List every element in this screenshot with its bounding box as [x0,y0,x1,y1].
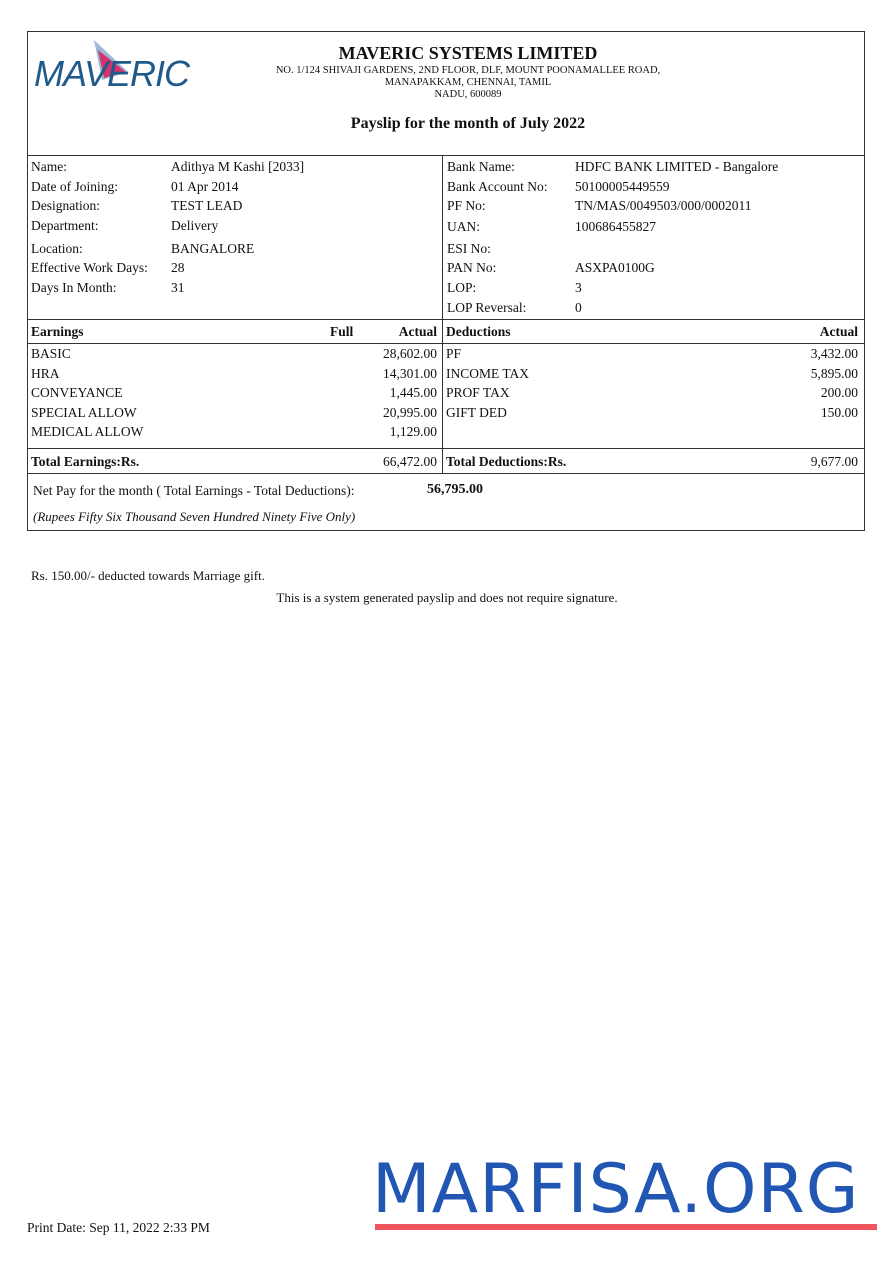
payslip: MAVERIC MAVERIC SYSTEMS LIMITED NO. 1/12… [27,31,865,531]
watermark: MARFISA.ORG [372,1158,882,1236]
employee-details: Name:Adithya M Kashi [2033] Date of Join… [28,156,443,320]
table-row: MEDICAL ALLOW1,129.00 [28,422,442,442]
company-address: NO. 1/124 SHIVAJI GARDENS, 2ND FLOOR, DL… [248,65,688,101]
table-row: INCOME TAX5,895.00 [443,364,864,384]
payslip-header: MAVERIC MAVERIC SYSTEMS LIMITED NO. 1/12… [28,32,864,156]
address-line: NO. 1/124 SHIVAJI GARDENS, 2ND FLOOR, DL… [248,65,688,77]
total-deductions: Total Deductions:Rs. 9,677.00 [443,449,864,474]
system-generated-note: This is a system generated payslip and d… [0,590,892,606]
company-name: MAVERIC SYSTEMS LIMITED [248,43,688,64]
deduction-note: Rs. 150.00/- deducted towards Marriage g… [31,568,265,584]
net-pay-words: (Rupees Fifty Six Thousand Seven Hundred… [33,509,355,525]
print-date: Print Date: Sep 11, 2022 2:33 PM [27,1220,210,1236]
table-row: PF3,432.00 [443,344,864,364]
table-row: BASIC28,602.00 [28,344,442,364]
table-row: GIFT DED150.00 [443,403,864,423]
totals-row: Total Earnings:Rs. 66,472.00 Total Deduc… [28,448,864,474]
net-pay-label: Net Pay for the month ( Total Earnings -… [33,483,355,499]
watermark-underline [375,1224,877,1230]
table-row: HRA14,301.00 [28,364,442,384]
bank-details: Bank Name:HDFC BANK LIMITED - Bangalore … [443,156,864,320]
earnings-header: Earnings Full Actual [28,320,442,344]
net-pay: Net Pay for the month ( Total Earnings -… [28,474,864,530]
table-row: PROF TAX200.00 [443,383,864,403]
company-logo: MAVERIC [32,36,214,92]
table-row: CONVEYANCE1,445.00 [28,383,442,403]
address-line: MANAPAKKAM, CHENNAI, TAMIL [248,77,688,89]
address-line: NADU, 600089 [248,89,688,101]
watermark-text: MARFISA.ORG [372,1152,859,1228]
payslip-title: Payslip for the month of July 2022 [248,115,688,133]
table-row: SPECIAL ALLOW20,995.00 [28,403,442,423]
net-pay-value: 56,795.00 [427,482,483,498]
deductions-header: Deductions Actual [443,320,864,344]
total-earnings: Total Earnings:Rs. 66,472.00 [28,449,443,474]
svg-text:MAVERIC: MAVERIC [34,53,191,92]
